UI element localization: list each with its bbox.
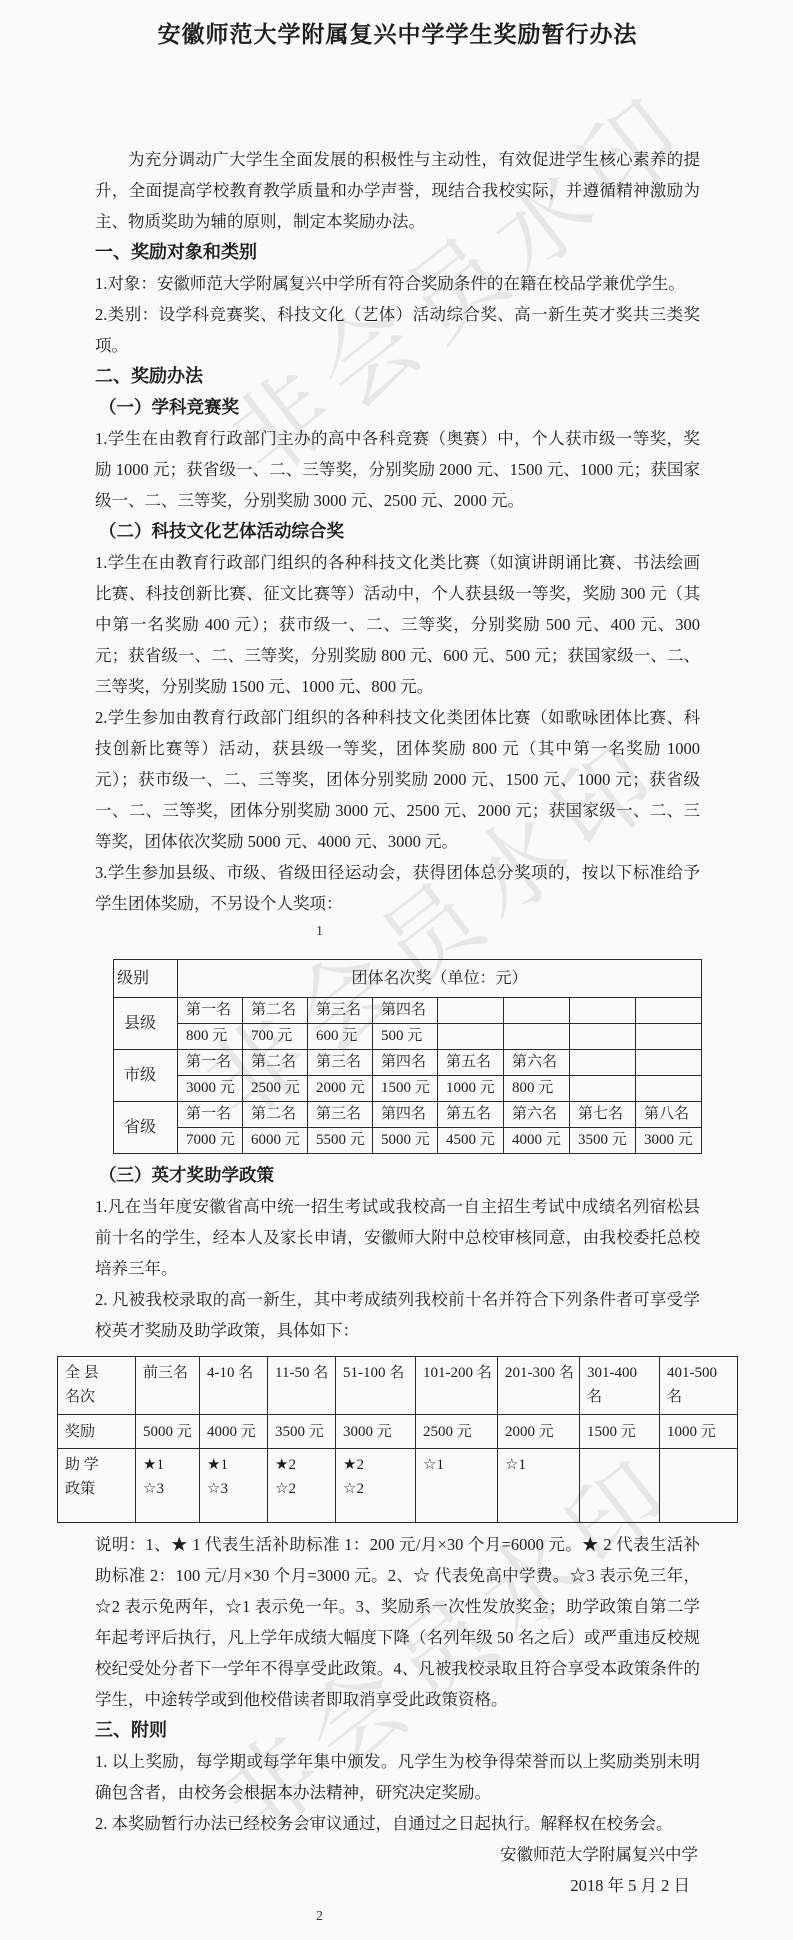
section2-sub3-paragraph-1: 1.凡在当年度安徽省高中统一招生考试或我校高一自主招生考试中成绩名列宿松县前十名…	[95, 1191, 700, 1284]
table-cell: 11-50 名	[268, 1357, 336, 1415]
table-cell: 3000 元	[636, 1128, 702, 1154]
table-cell	[636, 1050, 702, 1076]
section2-sub3-paragraph-2: 2. 凡被我校录取的高一新生，其中考成绩列我校前十名并符合下列条件者可享受学校英…	[95, 1284, 700, 1346]
table-cell: 第四名	[373, 1050, 438, 1076]
table-cell: 2000 元	[308, 1076, 373, 1102]
sports-table-level-province: 省级	[114, 1102, 178, 1154]
section3-paragraph-2: 2. 本奖励暂行办法已经校务会审议通过，自通过之日起执行。解释权在校务会。	[95, 1808, 700, 1839]
table-cell: 第八名	[636, 1102, 702, 1128]
document-content: 安徽师范大学附属复兴中学学生奖励暂行办法 为充分调动广大学生全面发展的积极性与主…	[0, 0, 793, 1930]
table-cell: 2500 元	[416, 1415, 498, 1449]
signature-school: 安徽师范大学附属复兴中学	[95, 1839, 700, 1870]
table-cell: 7000 元	[178, 1128, 243, 1154]
table-cell	[570, 1076, 636, 1102]
table-cell: 4000 元	[504, 1128, 570, 1154]
table-cell: 1000 元	[438, 1076, 504, 1102]
star-rating: ☆1	[423, 1453, 493, 1477]
table-cell: ★2 ☆2	[336, 1449, 416, 1523]
sports-table-level-city: 市级	[114, 1050, 178, 1102]
star-rating: ★1	[143, 1453, 195, 1477]
section1-heading: 一、奖励对象和类别	[95, 237, 700, 268]
table-cell	[504, 998, 570, 1024]
table-cell: 第六名	[504, 1050, 570, 1076]
table-cell: 700 元	[243, 1024, 308, 1050]
sports-table-level-county: 县级	[114, 998, 178, 1050]
table-cell: 第五名	[438, 1102, 504, 1128]
table-cell	[636, 1076, 702, 1102]
table-cell: 第三名	[308, 998, 373, 1024]
table-cell: 800 元	[504, 1076, 570, 1102]
intro-paragraph: 为充分调动广大学生全面发展的积极性与主动性，有效促进学生核心素养的提升，全面提高…	[95, 144, 700, 237]
section3-heading: 三、附则	[95, 1715, 700, 1746]
star-rating: ☆2	[343, 1477, 411, 1501]
table-cell: 2500 元	[243, 1076, 308, 1102]
table-cell: 500 元	[373, 1024, 438, 1050]
star-rating: ☆2	[275, 1477, 331, 1501]
table-cell: 5000 元	[373, 1128, 438, 1154]
table-cell	[570, 1050, 636, 1076]
table-cell: 第二名	[243, 1102, 308, 1128]
sports-award-table: 级别 团体名次奖（单位：元） 县级 第一名 第二名 第三名 第四名 800 元 …	[113, 959, 702, 1154]
table-cell: 第五名	[438, 1050, 504, 1076]
section1-paragraph-2: 2.类别：设学科竞赛奖、科技文化（艺体）活动综合奖、高一新生英才奖共三类奖项。	[95, 299, 700, 361]
section2-sub2-heading: （二）科技文化艺体活动综合奖	[95, 516, 700, 547]
table-cell	[660, 1449, 738, 1523]
table-cell: 3500 元	[570, 1128, 636, 1154]
table-cell: 第一名	[178, 1050, 243, 1076]
table-cell: 4000 元	[200, 1415, 268, 1449]
signature-date: 2018 年 5 月 2 日	[95, 1870, 700, 1901]
table-cell: 401-500 名	[660, 1357, 738, 1415]
section2-sub2-paragraph-1: 1.学生在由教育行政部门组织的各种科技文化类比赛（如演讲朗诵比赛、书法绘画比赛、…	[95, 547, 700, 702]
table-cell: 800 元	[178, 1024, 243, 1050]
table-cell	[636, 998, 702, 1024]
section2-sub2-paragraph-2: 2.学生参加由教育行政部门组织的各种科技文化类团体比赛（如歌咏团体比赛、科技创新…	[95, 702, 700, 857]
table-cell: 第二名	[243, 1050, 308, 1076]
table-cell: 5500 元	[308, 1128, 373, 1154]
table-cell: 3000 元	[178, 1076, 243, 1102]
table-cell: 3000 元	[336, 1415, 416, 1449]
table-cell	[438, 998, 504, 1024]
talent-table-policy-label: 助 学 政策	[58, 1449, 136, 1523]
table-cell: 2000 元	[498, 1415, 580, 1449]
section3-paragraph-1: 1. 以上奖励，每学期或每学年集中颁发。凡学生为校争得荣誉而以上奖励类别未明确包…	[95, 1746, 700, 1808]
table-cell: ★2 ☆2	[268, 1449, 336, 1523]
table-cell: 前三名	[136, 1357, 200, 1415]
table-cell: ☆1	[498, 1449, 580, 1523]
talent-table-note: 说明：1、★ 1 代表生活补助标准 1：200 元/月×30 个月=6000 元…	[95, 1529, 700, 1715]
table-cell	[504, 1024, 570, 1050]
star-rating: ☆3	[143, 1477, 195, 1501]
table-cell: 第一名	[178, 998, 243, 1024]
table-cell: 600 元	[308, 1024, 373, 1050]
table-cell: 6000 元	[243, 1128, 308, 1154]
talent-table-reward-label: 奖励	[58, 1415, 136, 1449]
section2-sub1-paragraph-1: 1.学生在由教育行政部门主办的高中各科竞赛（奥赛）中，个人获市级一等奖，奖励 1…	[95, 423, 700, 516]
document-page: 非会员水印 非会员水印 非会员水印 安徽师范大学附属复兴中学学生奖励暂行办法 为…	[0, 0, 793, 1940]
section1-paragraph-1: 1.对象：安徽师范大学附属复兴中学所有符合奖励条件的在籍在校品学兼优学生。	[95, 268, 700, 299]
table-cell: 51-100 名	[336, 1357, 416, 1415]
table-cell: ☆1	[416, 1449, 498, 1523]
table-cell	[636, 1024, 702, 1050]
talent-table-policy-label-line1: 助 学	[65, 1453, 131, 1477]
sports-table-prize-header: 团体名次奖（单位：元）	[178, 960, 702, 998]
table-cell: 第三名	[308, 1102, 373, 1128]
table-cell: 第二名	[243, 998, 308, 1024]
table-cell: 第三名	[308, 1050, 373, 1076]
table-cell: 201-300 名	[498, 1357, 580, 1415]
table-cell	[570, 998, 636, 1024]
star-rating: ★1	[207, 1453, 263, 1477]
table-cell	[580, 1449, 660, 1523]
star-rating: ★2	[275, 1453, 331, 1477]
talent-table-policy-label-line2: 政策	[65, 1477, 131, 1501]
star-rating: ★2	[343, 1453, 411, 1477]
section2-sub1-heading: （一）学科竞赛奖	[95, 392, 700, 423]
sports-table-level-header: 级别	[114, 960, 178, 998]
table-cell: ★1 ☆3	[136, 1449, 200, 1523]
page-number-2: 2	[17, 1904, 622, 1930]
table-cell: 第四名	[373, 998, 438, 1024]
document-title: 安徽师范大学附属复兴中学学生奖励暂行办法	[95, 18, 700, 52]
table-cell: ★1 ☆3	[200, 1449, 268, 1523]
table-cell	[438, 1024, 504, 1050]
table-cell: 1000 元	[660, 1415, 738, 1449]
talent-award-table: 全 县 名次 前三名 4-10 名 11-50 名 51-100 名 101-2…	[57, 1356, 738, 1523]
table-cell: 1500 元	[373, 1076, 438, 1102]
talent-table-rank-label-line2: 名次	[65, 1385, 131, 1409]
talent-table-rank-label: 全 县 名次	[58, 1357, 136, 1415]
table-cell: 第一名	[178, 1102, 243, 1128]
table-cell: 第六名	[504, 1102, 570, 1128]
star-rating: ☆1	[505, 1453, 575, 1477]
table-cell: 4-10 名	[200, 1357, 268, 1415]
talent-table-rank-label-line1: 全 县	[65, 1361, 131, 1385]
table-cell: 5000 元	[136, 1415, 200, 1449]
page-number-1: 1	[17, 919, 622, 945]
table-cell: 301-400 名	[580, 1357, 660, 1415]
star-rating: ☆3	[207, 1477, 263, 1501]
table-cell: 101-200 名	[416, 1357, 498, 1415]
table-cell	[570, 1024, 636, 1050]
table-cell: 第七名	[570, 1102, 636, 1128]
table-cell: 4500 元	[438, 1128, 504, 1154]
section2-heading: 二、奖励办法	[95, 361, 700, 392]
table-cell: 第四名	[373, 1102, 438, 1128]
table-cell: 3500 元	[268, 1415, 336, 1449]
section2-sub2-paragraph-3: 3.学生参加县级、市级、省级田径运动会，获得团体总分奖项的，按以下标准给予学生团…	[95, 857, 700, 919]
section2-sub3-heading: （三）英才奖助学政策	[95, 1160, 700, 1191]
table-cell: 1500 元	[580, 1415, 660, 1449]
